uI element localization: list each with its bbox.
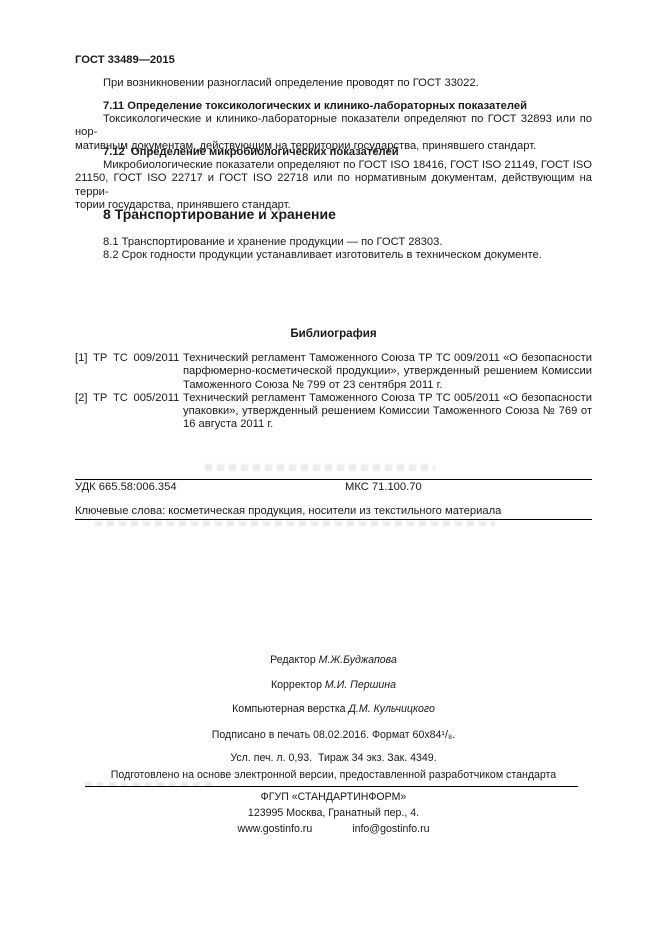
doc-number: ГОСТ 33489—2015 <box>75 54 592 67</box>
bibliography-entry: [2] ТР ТС 005/2011 Технический регламент… <box>75 392 592 432</box>
imprint-print-date: Подписано в печать 08.02.2016. Формат 60… <box>75 729 592 742</box>
bibliography-list: [1] ТР ТС 009/2011 Технический регламент… <box>75 352 592 432</box>
credit-editor: Редактор М.Ж.Буджапова <box>75 654 592 667</box>
imprint-source-note: Подготовлено на основе электронной верси… <box>75 769 592 782</box>
imprint-print-run: Усл. печ. л. 0,93. Тираж 34 экз. Зак. 43… <box>75 752 592 765</box>
bibliography-entry: [1] ТР ТС 009/2011 Технический регламент… <box>75 352 592 392</box>
mks-code: МКС 71.100.70 <box>345 481 422 494</box>
scan-artifact <box>95 521 495 526</box>
divider-rule <box>75 519 592 520</box>
document-page: ГОСТ 33489—2015 При возникновении разног… <box>0 0 661 936</box>
publisher-email: info@gostinfo.ru <box>352 823 429 836</box>
staff-credits: Редактор М.Ж.Буджапова Корректор М.И. Пе… <box>75 654 592 728</box>
proofreader-name: М.И. Першина <box>325 679 396 691</box>
heading-7-12: 7.12 Определение микробиологических пока… <box>75 146 592 159</box>
keywords-line: Ключевые слова: косметическая продукция,… <box>75 505 592 518</box>
clause-8-1: 8.1 Транспортирование и хранение продукц… <box>75 236 592 249</box>
divider-rule <box>75 479 592 480</box>
classification-row: УДК 665.58:006.354 МКС 71.100.70 <box>75 481 592 495</box>
bibliography-entry-text: Технический регламент Таможенного Союза … <box>183 392 592 432</box>
paragraph-disagreement: При возникновении разногласий определени… <box>75 77 592 90</box>
publisher-rule <box>85 786 578 787</box>
udk-code: УДК 665.58:006.354 <box>75 481 177 493</box>
bibliography-title: Библиография <box>75 327 592 340</box>
publisher-name: ФГУП «СТАНДАРТИНФОРМ» <box>75 791 592 804</box>
paragraph-7-12: Микробиологические показатели определяют… <box>75 159 592 212</box>
publisher-address: 123995 Москва, Гранатный пер., 4. <box>75 807 592 820</box>
layout-name: Д.М. Кульчицкого <box>349 703 435 715</box>
publisher-website: www.gostinfo.ru <box>237 823 312 836</box>
credit-proofreader: Корректор М.И. Першина <box>75 679 592 692</box>
bibliography-entry-text: Технический регламент Таможенного Союза … <box>183 352 592 392</box>
editor-name: М.Ж.Буджапова <box>319 654 397 666</box>
bibliography-entry-label: [2] ТР ТС 005/2011 <box>75 392 183 432</box>
bibliography-entry-label: [1] ТР ТС 009/2011 <box>75 352 183 392</box>
credit-layout: Компьютерная верстка Д.М. Кульчицкого <box>75 703 592 716</box>
heading-7-11: 7.11 Определение токсикологических и кли… <box>75 100 592 113</box>
scan-artifact <box>205 464 435 471</box>
clause-8-2: 8.2 Срок годности продукции устанавливае… <box>75 249 592 262</box>
publisher-contacts: www.gostinfo.ru info@gostinfo.ru <box>75 823 592 836</box>
heading-section-8: 8 Транспортирование и хранение <box>75 206 592 223</box>
